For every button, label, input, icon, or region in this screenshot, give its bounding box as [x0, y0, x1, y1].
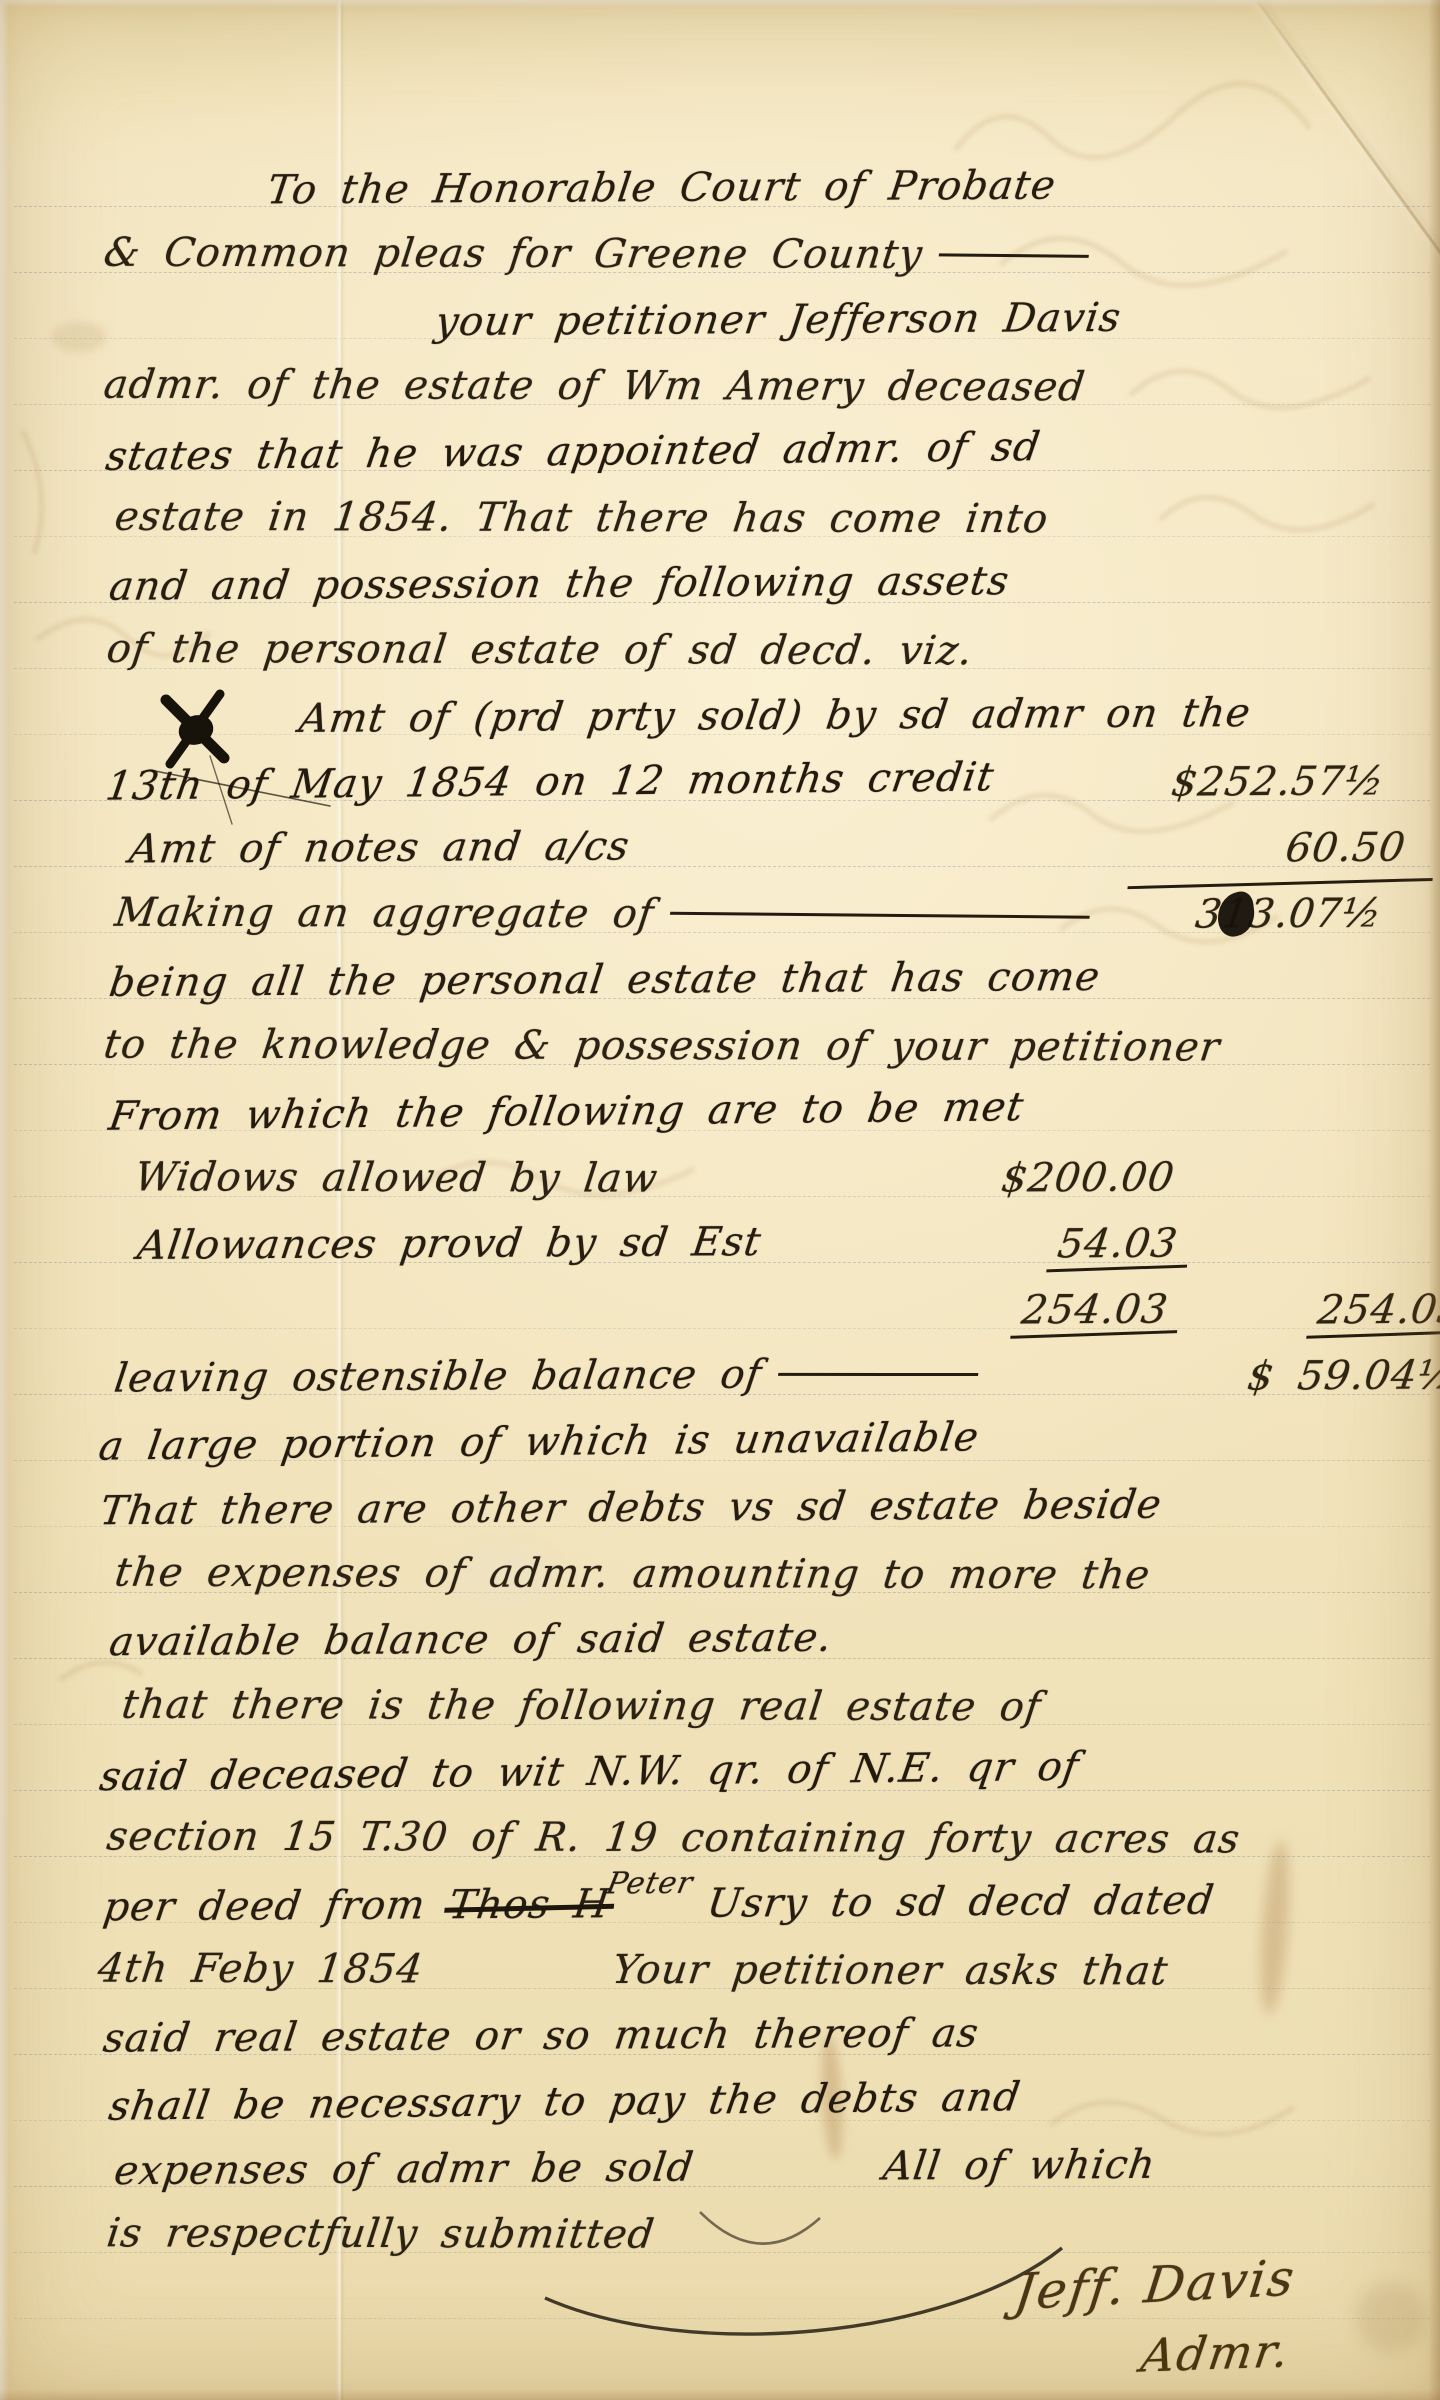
manuscript-text: the expenses of admr. amounting to more …: [111, 1543, 1154, 1606]
manuscript-line: expenses of admr be sold All of which: [0, 2138, 1440, 2204]
manuscript-text: admr. of the estate of Wm Amery deceased: [100, 355, 1088, 418]
manuscript-line: Amt of notes and a/cs60.50: [0, 818, 1440, 884]
manuscript-text: of the personal estate of sd decd. viz.: [103, 619, 976, 681]
interlinear-insertion: Peter: [600, 1854, 698, 1915]
manuscript-line: the expenses of admr. amounting to more …: [0, 1544, 1440, 1610]
manuscript-text: From which the following are to be met: [105, 1077, 1028, 1147]
manuscript-line: 4th Feby 1854 Your petitioner asks that: [0, 1940, 1440, 2006]
manuscript-text: That there are other debts vs sd estate …: [97, 1475, 1166, 1541]
pen-dash-fill: [778, 1373, 978, 1376]
manuscript-line: said deceased to wit N.W. qr. of N.E. qr…: [0, 1742, 1440, 1808]
manuscript-line: & Common pleas for Greene County: [0, 224, 1440, 290]
manuscript-text: and and possession the following assets: [106, 551, 1014, 616]
manuscript-text: your petitioner Jefferson Davis: [432, 288, 1125, 352]
amount-value: $ 59.04½: [1244, 1345, 1440, 1406]
manuscript-text: expenses of admr be sold All of which: [111, 2135, 1160, 2201]
manuscript-line: available balance of said estate.: [0, 1610, 1440, 1676]
manuscript-line: states that he was appointed admr. of sd: [0, 422, 1440, 488]
manuscript-line: to the knowledge & possession of your pe…: [0, 1016, 1440, 1082]
manuscript-line: of the personal estate of sd decd. viz.: [0, 620, 1440, 686]
manuscript-text: a large portion of which is unavailable: [95, 1407, 983, 1476]
scanned-document-page: { "document": { "description": "Handwrit…: [0, 0, 1440, 2400]
manuscript-text: & Common pleas for Greene County: [100, 223, 1092, 286]
manuscript-line: admr. of the estate of Wm Amery deceased: [0, 356, 1440, 422]
manuscript-text: leaving ostensible balance of: [111, 1343, 982, 1408]
amount-value: 313.07½: [1192, 883, 1386, 944]
manuscript-line: and and possession the following assets: [0, 554, 1440, 620]
manuscript-line: 13th of May 1854 on 12 months credit$252…: [0, 752, 1440, 818]
manuscript-text: per deed from Thos HPeter Usry to sd dec…: [99, 1871, 1218, 1942]
manuscript-text: Widows allowed by law: [131, 1147, 661, 1208]
manuscript-text: is respectfully submitted: [103, 2203, 658, 2264]
manuscript-line: To the Honorable Court of Probate: [0, 158, 1440, 224]
manuscript-text: available balance of said estate.: [106, 1608, 837, 1672]
manuscript-text: that there is the following real estate …: [118, 1675, 1044, 1737]
manuscript-line: shall be necessary to pay the debts and: [0, 2072, 1440, 2138]
manuscript-text: 4th Feby 1854 Your petitioner asks that: [94, 1939, 1171, 2002]
manuscript-text: said deceased to wit N.W. qr. of N.E. qr…: [96, 1737, 1084, 1807]
manuscript-line: Making an aggregate of313.07½: [0, 884, 1440, 950]
manuscript-line: per deed from Thos HPeter Usry to sd dec…: [0, 1874, 1440, 1940]
manuscript-line: Widows allowed by law$200.00: [0, 1148, 1440, 1214]
amount-value: 254.03: [1018, 1280, 1172, 1341]
manuscript-line: leaving ostensible balance of$ 59.04½: [0, 1346, 1440, 1412]
signature-title: Admr.: [1138, 2323, 1294, 2382]
manuscript-text: To the Honorable Court of Probate: [264, 156, 1060, 221]
amount-value: $200.00: [998, 1147, 1179, 1208]
manuscript-line: that there is the following real estate …: [0, 1676, 1440, 1742]
amount-value: 254.03: [1314, 1280, 1440, 1341]
manuscript-line: From which the following are to be met: [0, 1082, 1440, 1148]
manuscript-text-layer: To the Honorable Court of Probate& Commo…: [0, 0, 1440, 2400]
manuscript-text: Amt of (prd prty sold) by sd admr on the: [296, 683, 1255, 749]
amount-value: $252.57½: [1168, 751, 1388, 812]
manuscript-line: Amt of (prd prty sold) by sd admr on the: [0, 686, 1440, 752]
struck-out-word: Thos H: [446, 1881, 613, 1928]
manuscript-line: section 15 T.30 of R. 19 containing fort…: [0, 1808, 1440, 1874]
manuscript-text: Making an aggregate of: [111, 883, 1093, 946]
pen-dash-fill: [670, 912, 1090, 919]
manuscript-text: Amt of notes and a/cs: [126, 816, 634, 879]
manuscript-text: states that he was appointed admr. of sd: [102, 417, 1045, 487]
manuscript-text: 13th of May 1854 on 12 months credit: [102, 747, 999, 816]
amount-value: 54.03: [1054, 1214, 1182, 1275]
manuscript-text: estate in 1854. That there has come into: [111, 487, 1052, 549]
manuscript-line: said real estate or so much thereof as: [0, 2006, 1440, 2072]
manuscript-line: estate in 1854. That there has come into: [0, 488, 1440, 554]
manuscript-line: a large portion of which is unavailable: [0, 1412, 1440, 1478]
manuscript-text: said real estate or so much thereof as: [100, 2003, 983, 2068]
manuscript-text: Allowances provd by sd Est: [134, 1212, 766, 1276]
amount-value: 60.50: [1282, 818, 1410, 879]
paper-sheet: To the Honorable Court of Probate& Commo…: [0, 0, 1440, 2400]
manuscript-line: 254.03254.03: [0, 1280, 1440, 1346]
ink-blot: [1215, 889, 1256, 941]
manuscript-text: Usry to sd decd dated: [681, 1878, 1218, 1927]
pen-dash-fill: [938, 253, 1088, 257]
manuscript-line: That there are other debts vs sd estate …: [0, 1478, 1440, 1544]
manuscript-text: being all the personal estate that has c…: [106, 947, 1105, 1013]
manuscript-line: being all the personal estate that has c…: [0, 950, 1440, 1016]
manuscript-text: to the knowledge & possession of your pe…: [100, 1015, 1223, 1078]
manuscript-text: per deed from: [101, 1882, 453, 1930]
manuscript-line: Allowances provd by sd Est54.03: [0, 1214, 1440, 1280]
manuscript-text: shall be necessary to pay the debts and: [105, 2067, 1025, 2137]
manuscript-line: your petitioner Jefferson Davis: [0, 290, 1440, 356]
